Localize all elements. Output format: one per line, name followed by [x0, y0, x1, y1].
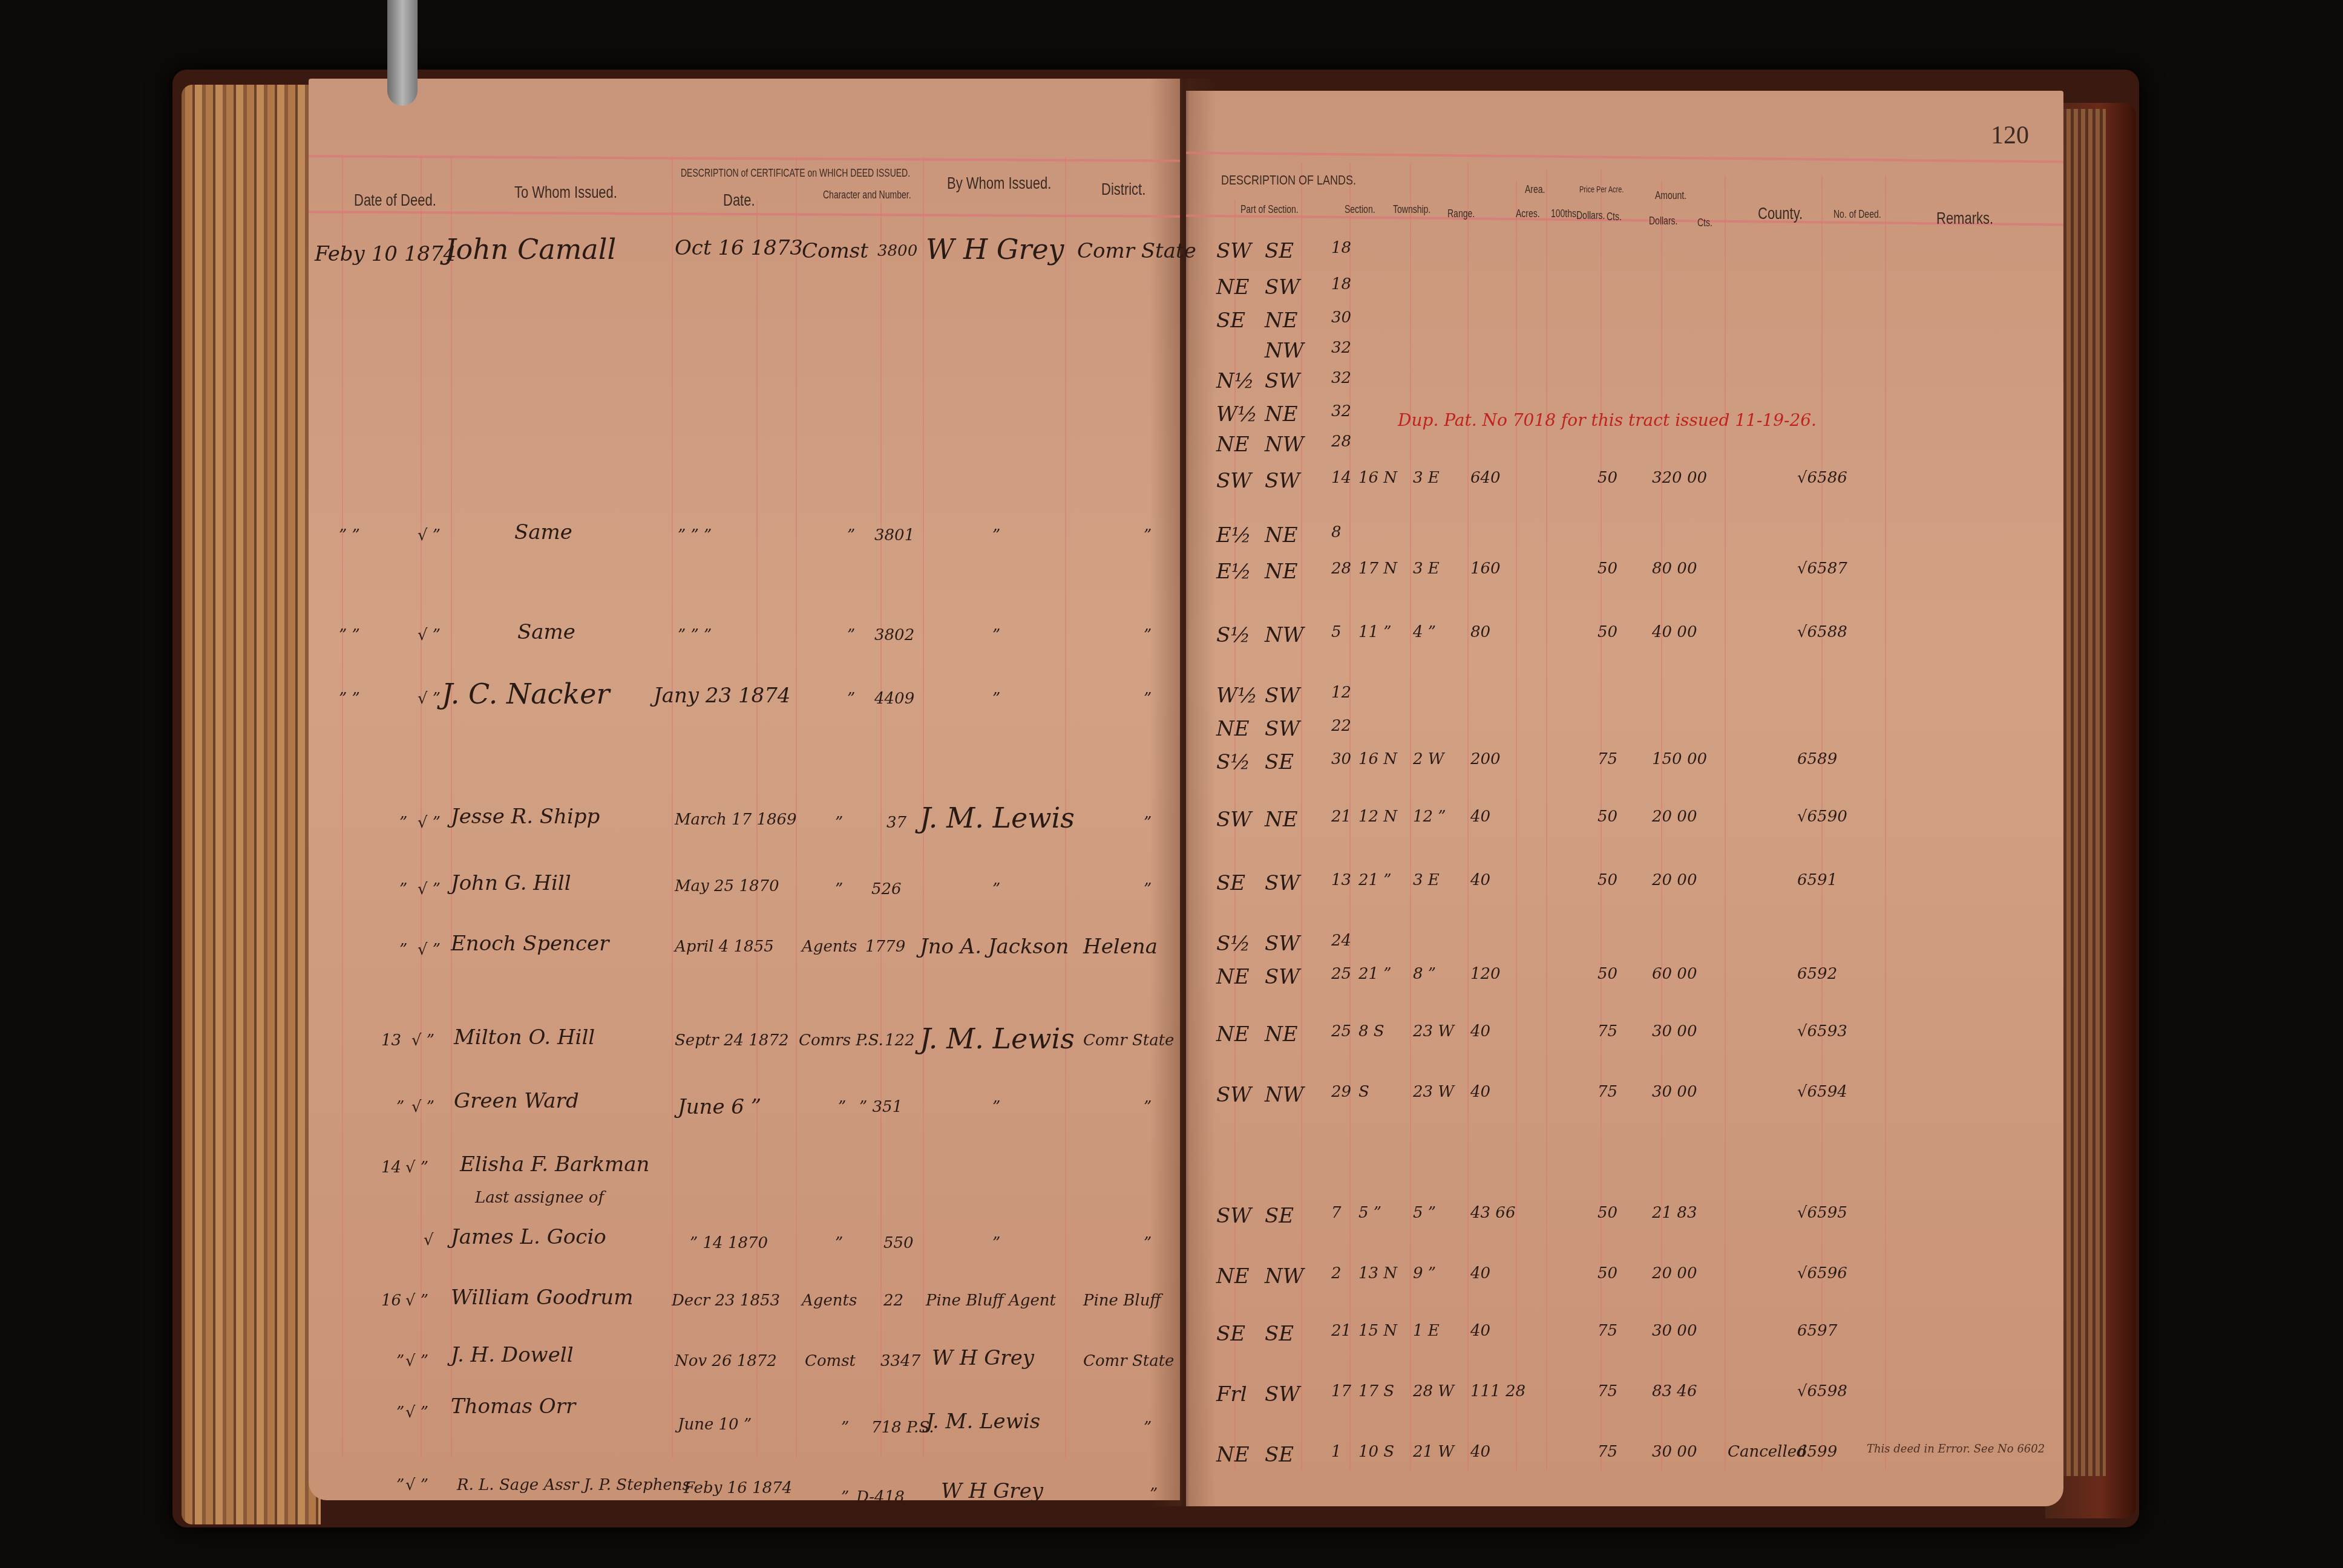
land-section: 2 [1331, 1264, 1342, 1282]
land-section: 21 [1331, 808, 1351, 826]
land-quarter: SW [1265, 965, 1300, 989]
land-amount: 20 00 [1652, 1264, 1697, 1282]
header-remarks: Remarks. [1936, 209, 1993, 229]
land-section: 14 [1331, 469, 1351, 487]
land-quarter: SE [1265, 1443, 1294, 1467]
entry-check: √ ” [418, 814, 441, 832]
entry-check: √ ” [418, 690, 441, 708]
entry-date: 14 [381, 1158, 401, 1177]
red-ink-annotation: Dup. Pat. No 7018 for this tract issued … [1398, 410, 1817, 430]
entry-character: ” [847, 690, 855, 708]
land-amount: 30 00 [1652, 1322, 1697, 1340]
land-amount: 21 83 [1652, 1204, 1697, 1222]
land-township: 13 N [1358, 1264, 1397, 1282]
entry-name-line3: James L. Gocio [451, 1225, 606, 1249]
land-county: Cancelled [1728, 1443, 1807, 1461]
land-amount: 20 00 [1652, 871, 1697, 889]
land-deed-number: √6593 [1797, 1022, 1847, 1040]
column-rule [1725, 175, 1726, 1470]
entry-date: Feby 10 1874 [315, 242, 456, 266]
land-township: 17 N [1358, 560, 1397, 578]
land-part-of-section: S½ [1216, 932, 1250, 956]
land-price-per-acre: 50 [1597, 623, 1617, 641]
land-section: 32 [1331, 402, 1351, 420]
entry-cert-date: April 4 1855 [675, 938, 774, 956]
entry-name: J. H. Dowell [451, 1343, 574, 1367]
land-deed-number: 6597 [1797, 1322, 1837, 1340]
entry-cert-date: Septr 24 1872 [675, 1031, 789, 1050]
land-quarter: SW [1265, 1382, 1300, 1406]
entry-check: √ ” [405, 1158, 428, 1177]
land-remarks: This deed in Error. See No 6602 [1867, 1443, 2045, 1455]
land-part-of-section: W½ [1216, 684, 1257, 708]
entry-check: √ ” [418, 526, 441, 544]
header-no-of-deed: No. of Deed. [1833, 208, 1881, 220]
land-part-of-section: SW [1216, 469, 1251, 493]
land-acres: 640 [1470, 469, 1501, 487]
land-part-of-section: Frl [1216, 1382, 1247, 1406]
header-price-per-acre: Price Per Acre. [1579, 186, 1624, 195]
land-range: 2 W [1413, 750, 1444, 768]
entry-check: √ ” [405, 1403, 428, 1422]
entry-district: Pine Bluff [1083, 1292, 1161, 1310]
entry-district: ” [1144, 526, 1152, 544]
entry-name: J. C. Nacker [442, 678, 609, 710]
entry-number: 4409 [874, 690, 914, 708]
entry-character: ” [835, 814, 843, 832]
land-price-per-acre: 75 [1597, 1083, 1617, 1101]
entry-name-line2: Last assignee of [475, 1189, 604, 1207]
land-township: 21 ” [1358, 965, 1392, 983]
entry-name: Enoch Spencer [451, 932, 609, 956]
land-acres: 40 [1470, 1083, 1490, 1101]
entry-date: 16 [381, 1292, 401, 1310]
land-quarter: SW [1265, 684, 1300, 708]
land-quarter: SW [1265, 275, 1300, 299]
land-deed-number: √6598 [1797, 1382, 1847, 1400]
entry-number: 22 [883, 1292, 903, 1310]
entry-number: 3801 [874, 526, 914, 544]
land-acres: 120 [1470, 965, 1501, 983]
land-price-per-acre: 75 [1597, 750, 1617, 768]
land-quarter: SW [1265, 717, 1300, 741]
land-range: 1 E [1413, 1322, 1440, 1340]
entry-date: ” [396, 1352, 404, 1370]
land-acres: 200 [1470, 750, 1501, 768]
land-deed-number: √6588 [1797, 623, 1847, 641]
page-stack-right [2063, 109, 2106, 1476]
entry-number: D-418 [856, 1488, 905, 1506]
entry-number: 718 P.S. [871, 1419, 934, 1437]
land-section: 13 [1331, 871, 1351, 889]
entry-check: √ ” [418, 880, 441, 898]
land-quarter: SW [1265, 871, 1300, 895]
land-amount: 20 00 [1652, 808, 1697, 826]
land-section: 18 [1331, 275, 1351, 293]
header-hundredths: 100ths. [1551, 207, 1579, 220]
entry-number: 526 [871, 880, 902, 898]
land-part-of-section: N½ [1216, 369, 1254, 393]
entry-by-whom: ” [992, 690, 1000, 708]
land-acres: 111 28 [1470, 1382, 1525, 1400]
land-range: 21 W [1413, 1443, 1454, 1461]
land-quarter: NW [1265, 623, 1304, 647]
land-deed-number: 6592 [1797, 965, 1837, 983]
entry-character: ” [835, 1234, 843, 1252]
entry-district: ” [1144, 1234, 1152, 1252]
header-amount-dollars: Dollars. [1649, 215, 1677, 227]
land-township: 21 ” [1358, 871, 1392, 889]
land-deed-number: √6590 [1797, 808, 1847, 826]
land-section: 22 [1331, 717, 1351, 735]
header-acres: Acres. [1516, 207, 1540, 220]
entry-district: Comr State [1077, 239, 1196, 263]
land-deed-number: 6599 [1797, 1443, 1837, 1461]
land-quarter: NE [1265, 1022, 1298, 1047]
land-range: 5 ” [1413, 1204, 1436, 1222]
entry-check: √ ” [418, 941, 441, 959]
entry-character: Comst [802, 239, 868, 263]
land-quarter: SW [1265, 932, 1300, 956]
entry-by-whom: ” [992, 1234, 1000, 1252]
entry-name: Thomas Orr [451, 1394, 575, 1419]
land-range: 23 W [1413, 1083, 1454, 1101]
entry-date: ” [399, 941, 407, 959]
header-to-whom-issued: To Whom Issued. [514, 183, 617, 203]
entry-district: Comr State [1083, 1352, 1175, 1370]
land-price-per-acre: 50 [1597, 469, 1617, 487]
entry-date: ” [396, 1476, 404, 1494]
entry-check: √ ” [418, 626, 441, 644]
land-section: 8 [1331, 523, 1342, 541]
land-deed-number: √6587 [1797, 560, 1847, 578]
entry-cert-date: May 25 1870 [675, 877, 779, 895]
land-deed-number: 6589 [1797, 750, 1837, 768]
land-quarter: NW [1265, 1083, 1304, 1107]
land-range: 4 ” [1413, 623, 1436, 641]
header-cert-date: Date. [723, 191, 755, 211]
land-part-of-section: E½ [1216, 560, 1251, 584]
entry-check: √ ” [405, 1292, 428, 1310]
entry-number: 1779 [865, 938, 905, 956]
land-part-of-section: E½ [1216, 523, 1251, 547]
header-description-of-lands: DESCRIPTION OF LANDS. [1221, 172, 1356, 188]
land-part-of-section: NE [1216, 275, 1250, 299]
land-part-of-section: NE [1216, 433, 1250, 457]
land-price-per-acre: 75 [1597, 1022, 1617, 1040]
land-quarter: SE [1265, 239, 1294, 263]
column-rule [342, 157, 343, 1458]
entry-date: ” ” [339, 690, 360, 708]
land-part-of-section: SE [1216, 871, 1245, 895]
land-quarter: SW [1265, 369, 1300, 393]
land-acres: 160 [1470, 560, 1501, 578]
entry-number: 550 [883, 1234, 914, 1252]
entry-district: ” [1144, 1419, 1152, 1437]
land-quarter: NW [1265, 1264, 1304, 1289]
land-acres: 40 [1470, 871, 1490, 889]
land-range: 28 W [1413, 1382, 1454, 1400]
column-rule [796, 157, 797, 1458]
land-acres: 80 [1470, 623, 1490, 641]
land-acres: 43 66 [1470, 1204, 1515, 1222]
land-section: 32 [1331, 339, 1351, 357]
entry-district: ” [1144, 1098, 1152, 1116]
page-clip [387, 0, 418, 106]
land-price-per-acre: 75 [1597, 1322, 1617, 1340]
column-rule [1467, 163, 1469, 1470]
land-price-per-acre: 50 [1597, 1204, 1617, 1222]
header-area: Area. [1525, 183, 1545, 195]
entry-character: Agents [802, 1292, 857, 1310]
land-quarter: NW [1265, 433, 1304, 457]
land-deed-number: √6595 [1797, 1204, 1847, 1222]
header-amount-cts: Cts. [1697, 217, 1712, 229]
land-section: 1 [1331, 1443, 1342, 1461]
land-part-of-section: W½ [1216, 402, 1257, 426]
land-township: 11 ” [1358, 623, 1392, 641]
header-certificate-description: DESCRIPTION of CERTIFICATE on WHICH DEED… [681, 167, 910, 179]
land-section: 25 [1331, 965, 1351, 983]
entry-number: 37 [886, 814, 906, 832]
land-part-of-section: NE [1216, 965, 1250, 989]
land-quarter: SE [1265, 1322, 1294, 1346]
left-page [309, 79, 1180, 1500]
land-acres: 40 [1470, 1022, 1490, 1040]
entry-by-whom: Jno A. Jackson [920, 935, 1069, 959]
entry-by-whom: ” [992, 626, 1000, 644]
entry-name: Milton O. Hill [454, 1025, 595, 1050]
entry-name: William Goodrum [451, 1285, 633, 1310]
entry-character: Comst [805, 1352, 856, 1370]
entry-name: Green Ward [454, 1089, 579, 1113]
column-rule [880, 200, 882, 1458]
page-number: 120 [1991, 121, 2029, 150]
entry-character: Comrs P.S. [799, 1031, 883, 1050]
land-price-per-acre: 50 [1597, 965, 1617, 983]
entry-check: √ ” [411, 1098, 434, 1116]
header-price-cts: Cts. [1607, 211, 1622, 223]
entry-district: ” [1150, 1485, 1158, 1503]
entry-character: Agents [802, 938, 857, 956]
entry-character: ” [841, 1488, 849, 1506]
land-part-of-section: SW [1216, 808, 1251, 832]
land-quarter: NW [1265, 339, 1304, 363]
land-amount: 30 00 [1652, 1083, 1697, 1101]
column-rule [672, 157, 673, 1458]
land-section: 25 [1331, 1022, 1351, 1040]
land-quarter: NE [1265, 523, 1298, 547]
header-price-dollars: Dollars. [1576, 209, 1605, 221]
entry-name: John G. Hill [451, 871, 571, 895]
land-section: 12 [1331, 684, 1351, 702]
header-amount: Amount. [1655, 189, 1686, 201]
header-by-whom-issued: By Whom Issued. [947, 174, 1051, 194]
land-section: 29 [1331, 1083, 1351, 1101]
land-section: 30 [1331, 309, 1351, 327]
entry-by-whom: ” [992, 880, 1000, 898]
entry-district: ” [1144, 814, 1152, 832]
entry-by-whom: W H Grey [932, 1346, 1034, 1370]
land-township: 15 N [1358, 1322, 1397, 1340]
land-township: S [1358, 1083, 1369, 1101]
entry-cert-date: Feby 16 1874 [684, 1479, 792, 1497]
land-part-of-section: SE [1216, 1322, 1245, 1346]
land-acres: 40 [1470, 1443, 1490, 1461]
page-stack-left [182, 85, 321, 1524]
land-price-per-acre: 50 [1597, 1264, 1617, 1282]
land-amount: 30 00 [1652, 1022, 1697, 1040]
entry-district: Helena [1083, 935, 1158, 959]
land-price-per-acre: 50 [1597, 560, 1617, 578]
header-district: District. [1101, 180, 1145, 200]
header-character-number: Character and Number. [823, 189, 911, 201]
entry-cert-date: Jany 23 1874 [654, 684, 790, 708]
land-acres: 40 [1470, 1264, 1490, 1282]
entry-name: John Camall [445, 233, 616, 266]
entry-district: ” [1144, 880, 1152, 898]
entry-date: 13 [381, 1031, 401, 1050]
land-part-of-section: SE [1216, 309, 1245, 333]
entry-number: 3802 [874, 626, 914, 644]
entry-by-whom: W H Grey [941, 1479, 1043, 1503]
header-part-of-section: Part of Section. [1240, 203, 1299, 215]
entry-character: ” [835, 880, 843, 898]
land-amount: 80 00 [1652, 560, 1697, 578]
entry-by-whom: W H Grey [926, 233, 1064, 266]
land-township: 5 ” [1358, 1204, 1381, 1222]
land-amount: 320 00 [1652, 469, 1707, 487]
entry-name: Same [514, 520, 572, 544]
entry-character: ” [838, 1098, 846, 1116]
entry-number: 122 [885, 1031, 915, 1050]
land-section: 30 [1331, 750, 1351, 768]
land-range: 9 ” [1413, 1264, 1436, 1282]
land-township: 12 N [1358, 808, 1397, 826]
land-price-per-acre: 50 [1597, 808, 1617, 826]
entry-date: ” [399, 880, 407, 898]
land-part-of-section: SW [1216, 1083, 1251, 1107]
land-amount: 30 00 [1652, 1443, 1697, 1461]
entry-date: ” ” [339, 526, 360, 544]
land-deed-number: √6594 [1797, 1083, 1847, 1101]
land-part-of-section: S½ [1216, 623, 1250, 647]
column-rule [1546, 169, 1547, 1470]
entry-character: ” [847, 526, 855, 544]
entry-name: Same [517, 620, 575, 644]
header-range: Range. [1447, 207, 1475, 220]
land-section: 24 [1331, 932, 1351, 950]
land-section: 5 [1331, 623, 1342, 641]
land-section: 18 [1331, 239, 1351, 257]
entry-name: Jesse R. Shipp [451, 805, 600, 829]
entry-check-2: √ [424, 1231, 434, 1249]
land-acres: 40 [1470, 808, 1490, 826]
land-section: 28 [1331, 560, 1351, 578]
land-quarter: NE [1265, 309, 1298, 333]
land-acres: 40 [1470, 1322, 1490, 1340]
entry-date: ” [399, 814, 407, 832]
entry-check: √ ” [405, 1476, 428, 1494]
entry-name: Elisha F. Barkman [460, 1152, 649, 1177]
land-township: 17 S [1358, 1382, 1394, 1400]
land-price-per-acre: 75 [1597, 1443, 1617, 1461]
entry-by-whom: J. M. Lewis [926, 1410, 1040, 1434]
entry-character: ” [847, 626, 855, 644]
land-price-per-acre: 75 [1597, 1382, 1617, 1400]
land-part-of-section: NE [1216, 1022, 1250, 1047]
land-quarter: NE [1265, 808, 1298, 832]
land-township: 16 N [1358, 469, 1397, 487]
entry-date: ” [396, 1403, 404, 1422]
land-amount: 83 46 [1652, 1382, 1697, 1400]
entry-number: ” 351 [859, 1098, 902, 1116]
column-rule [1410, 163, 1411, 1470]
land-range: 3 E [1413, 560, 1440, 578]
land-quarter: NE [1265, 560, 1298, 584]
land-township: 8 S [1358, 1022, 1384, 1040]
land-range: 3 E [1413, 871, 1440, 889]
header-township: Township. [1393, 203, 1430, 215]
land-part-of-section: SW [1216, 239, 1251, 263]
entry-check: √ ” [411, 1031, 434, 1050]
land-quarter: SW [1265, 469, 1300, 493]
land-range: 3 E [1413, 469, 1440, 487]
right-page [1186, 91, 2063, 1506]
entry-district: ” [1144, 626, 1152, 644]
column-rule [1885, 175, 1886, 1470]
entry-number: 3800 [877, 242, 917, 260]
entry-by-whom: J. M. Lewis [920, 1022, 1075, 1055]
land-section: 7 [1331, 1204, 1342, 1222]
entry-date: ” ” [339, 626, 360, 644]
land-part-of-section: NE [1216, 1443, 1250, 1467]
entry-by-whom: J. M. Lewis [920, 802, 1075, 834]
land-price-per-acre: 50 [1597, 871, 1617, 889]
entry-date: ” [396, 1098, 404, 1116]
entry-district: ” [1144, 690, 1152, 708]
entry-character: ” [841, 1419, 849, 1437]
entry-number: 3347 [880, 1352, 920, 1370]
entry-by-whom: ” [992, 1098, 1000, 1116]
entry-cert-date: ” ” ” [678, 526, 712, 544]
entry-district: Comr State [1083, 1031, 1175, 1050]
land-quarter: SE [1265, 1204, 1294, 1228]
land-deed-number: 6591 [1797, 871, 1837, 889]
entry-by-whom: ” [992, 526, 1000, 544]
header-section: Section. [1345, 203, 1375, 215]
land-township: 10 S [1358, 1443, 1394, 1461]
entry-cert-date: March 17 1869 [675, 811, 797, 829]
land-part-of-section: SW [1216, 1204, 1251, 1228]
land-range: 23 W [1413, 1022, 1454, 1040]
land-amount: 150 00 [1652, 750, 1707, 768]
entry-cert-date: ” ” ” [678, 626, 712, 644]
entry-cert-date: Decr 23 1853 [672, 1292, 780, 1310]
land-township: 16 N [1358, 750, 1397, 768]
entry-cert-date: ” 14 1870 [690, 1234, 768, 1252]
land-quarter: SE [1265, 750, 1294, 774]
land-section: 28 [1331, 433, 1351, 451]
land-deed-number: √6596 [1797, 1264, 1847, 1282]
land-section: 17 [1331, 1382, 1351, 1400]
land-amount: 60 00 [1652, 965, 1697, 983]
land-quarter: NE [1265, 402, 1298, 426]
header-county: County. [1758, 204, 1803, 224]
column-rule [1516, 181, 1517, 1470]
land-section: 32 [1331, 369, 1351, 387]
entry-cert-date: June 10 ” [678, 1416, 752, 1434]
